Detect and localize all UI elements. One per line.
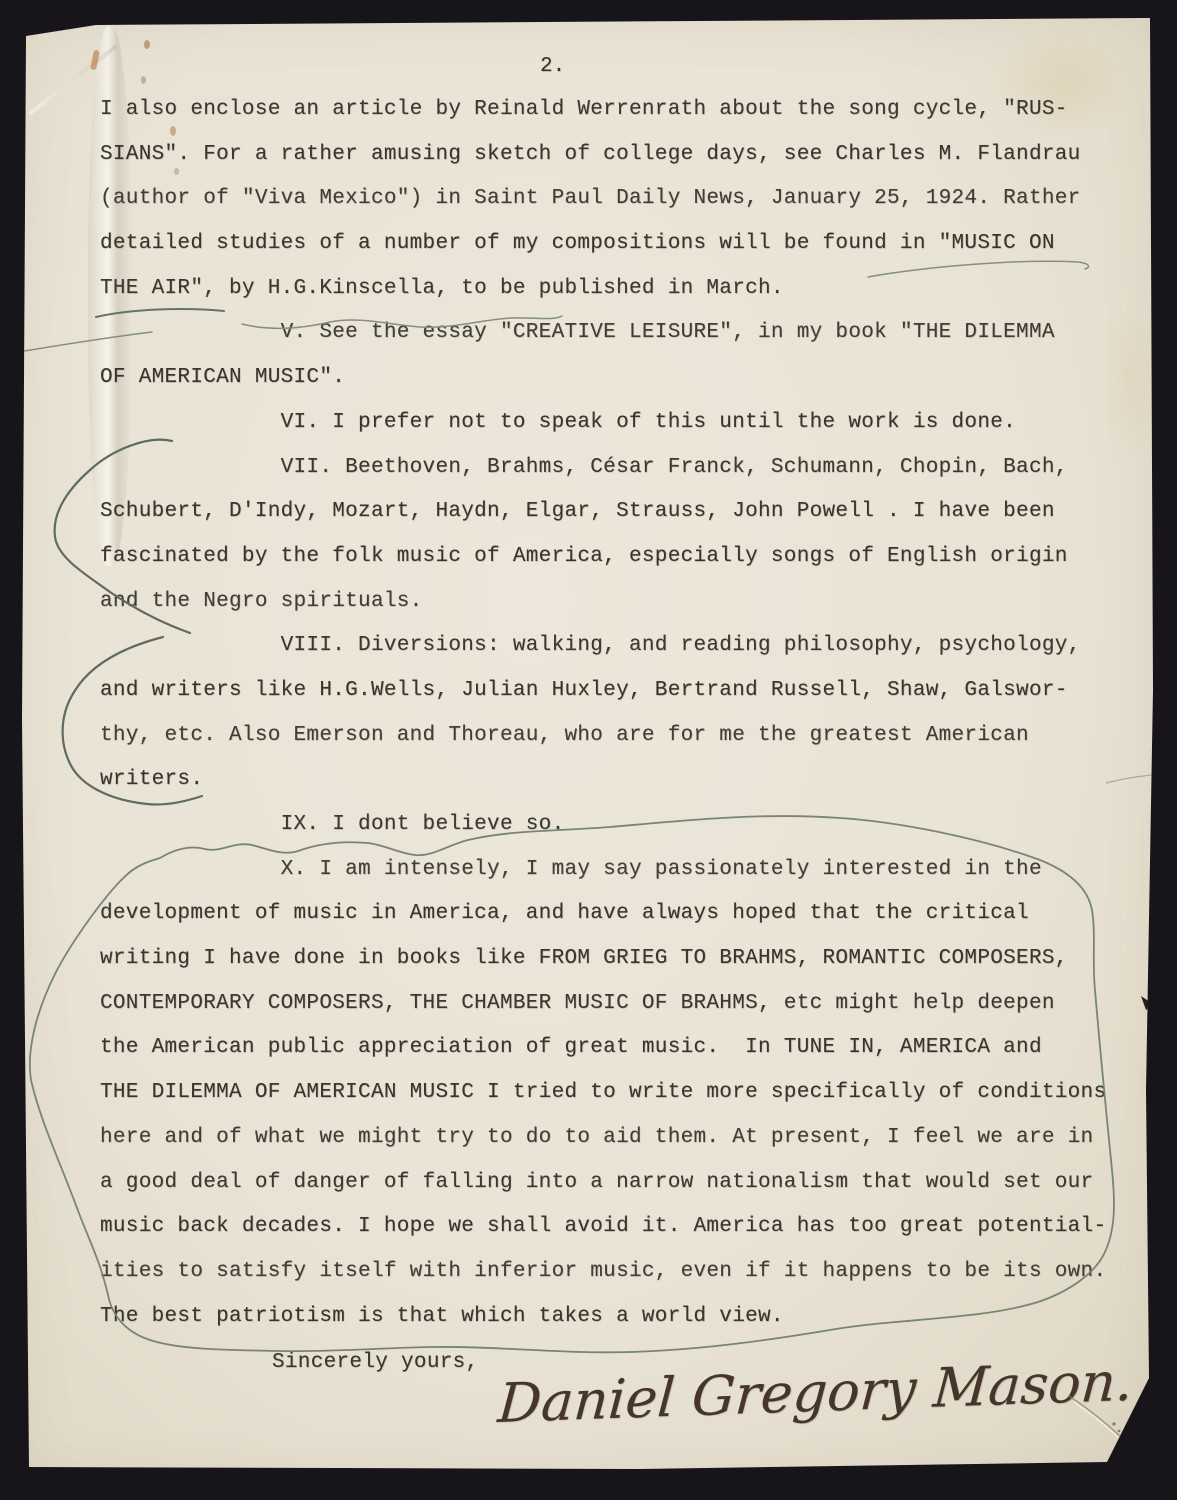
typed-line: and writers like H.G.Wells, Julian Huxle…	[100, 669, 1160, 714]
typed-line: writing I have done in books like FROM G…	[100, 937, 1160, 982]
paper-stain	[144, 40, 150, 49]
typed-line: fascinated by the folk music of America,…	[100, 535, 1160, 580]
typed-line: CONTEMPORARY COMPOSERS, THE CHAMBER MUSI…	[100, 982, 1160, 1027]
closing-line: Sincerely yours,	[272, 1341, 478, 1386]
typed-line: and the Negro spirituals.	[100, 580, 1160, 625]
typed-line: THE DILEMMA OF AMERICAN MUSIC I tried to…	[100, 1071, 1160, 1116]
signature: Daniel Gregory Mason.	[496, 1350, 1135, 1435]
typed-line: VI. I prefer not to speak of this until …	[100, 401, 1160, 446]
typed-line: (author of "Viva Mexico") in Saint Paul …	[100, 177, 1160, 222]
paper-stain	[141, 76, 146, 84]
typed-body: I also enclose an article by Reinald Wer…	[100, 88, 1160, 1339]
typed-line: Schubert, D'Indy, Mozart, Haydn, Elgar, …	[100, 490, 1160, 535]
typed-line: writers.	[100, 758, 1160, 803]
typed-line: THE AIR", by H.G.Kinscella, to be publis…	[100, 267, 1160, 312]
typed-line: IX. I dont believe so.	[100, 803, 1160, 848]
typed-line: ities to satisfy itself with inferior mu…	[100, 1250, 1160, 1295]
typed-line: The best patriotism is that which takes …	[100, 1295, 1160, 1340]
page-number: 2.	[540, 55, 565, 78]
letter-page: 2. I also enclose an article by Reinald …	[0, 0, 1177, 1500]
typed-line: SIANS". For a rather amusing sketch of c…	[100, 133, 1160, 178]
fold-speck	[1121, 1436, 1124, 1439]
typed-line: the American public appreciation of grea…	[100, 1026, 1160, 1071]
typed-line: a good deal of danger of falling into a …	[100, 1161, 1160, 1206]
typed-line: VII. Beethoven, Brahms, César Franck, Sc…	[100, 446, 1160, 491]
fold-speck	[1112, 1422, 1115, 1425]
fold-speck	[1118, 1430, 1121, 1433]
typed-line: detailed studies of a number of my compo…	[100, 222, 1160, 267]
typed-line: OF AMERICAN MUSIC".	[100, 356, 1160, 401]
typed-line: V. See the essay "CREATIVE LEISURE", in …	[100, 311, 1160, 356]
typed-line: thy, etc. Also Emerson and Thoreau, who …	[100, 714, 1160, 759]
typed-line: music back decades. I hope we shall avoi…	[100, 1205, 1160, 1250]
typed-line: here and of what we might try to do to a…	[100, 1116, 1160, 1161]
typed-line: X. I am intensely, I may say passionatel…	[100, 848, 1160, 893]
typed-line: VIII. Diversions: walking, and reading p…	[100, 624, 1160, 669]
typed-line: development of music in America, and hav…	[100, 892, 1160, 937]
typed-line: I also enclose an article by Reinald Wer…	[100, 88, 1160, 133]
